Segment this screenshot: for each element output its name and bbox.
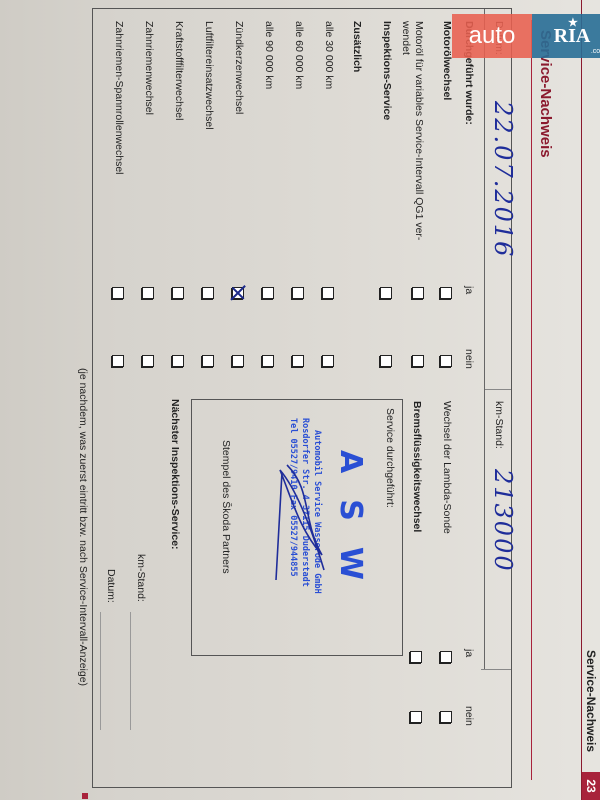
checklist-label: Zusätzlich (351, 21, 363, 72)
date-value[interactable]: 22.07.2016 (489, 101, 517, 258)
km-rule (484, 389, 485, 669)
checkbox-ja[interactable] (232, 287, 244, 299)
checkbox-ja[interactable] (262, 287, 274, 299)
checkbox-nein[interactable] (380, 355, 392, 367)
watermark-ria: ★ RIA .com (532, 14, 600, 58)
checklist-label-cont: wendet (400, 21, 412, 55)
checklist-label: Inspektions-Service (381, 21, 393, 120)
checkbox-ja[interactable] (292, 287, 304, 299)
checkbox-nein[interactable] (112, 355, 124, 367)
checkbox-ja[interactable] (142, 287, 154, 299)
checkbox-nein[interactable] (142, 355, 154, 367)
next-service-label: Nächster Inspektions-Service: (169, 399, 181, 550)
stamp-caption: Stempel des Škoda Partners (220, 440, 232, 574)
page-number: 23 (582, 772, 600, 800)
checklist-label: Kraftstofffilterwechsel (173, 21, 185, 120)
service-form: Datum: 22.07.2016 km-Stand: 213000 Durch… (92, 8, 512, 788)
checklist-label: Wechsel der Lambda-Sonde (441, 401, 453, 534)
km-value[interactable]: 213000 (489, 469, 517, 573)
checkbox-nein[interactable] (292, 355, 304, 367)
running-title: Service-Nachweis (584, 650, 598, 752)
checklist-label: Luftfiltereinsatzwechsel (203, 21, 215, 130)
checkbox-nein[interactable] (202, 355, 214, 367)
checkbox-nein[interactable] (322, 355, 334, 367)
col-yes-label-right: ja (463, 649, 475, 657)
checklist-label: alle 30 000 km (323, 21, 335, 89)
checkbox-ja[interactable] (440, 287, 452, 299)
right-divider (481, 669, 511, 670)
watermark-suffix: .com (591, 48, 600, 55)
header-divider (485, 389, 511, 390)
col-yes-label: ja (463, 286, 475, 294)
checklist-label: Zahnriemenwechsel (143, 21, 155, 115)
service-record-page: Service-Nachweis 23 Service-Nachweis Dat… (0, 0, 600, 800)
next-date-field[interactable] (100, 612, 101, 730)
checklist-label: Zahnriemen-Spannrollenwechsel (113, 21, 125, 175)
checklist-label: alle 90 000 km (263, 21, 275, 89)
checklist-label: Motoröl für variables Service-Intervall … (413, 21, 425, 240)
checkbox-nein[interactable] (172, 355, 184, 367)
stamp-box: Service durchgeführt: ASW Automobil Serv… (191, 399, 403, 656)
next-date-label: Datum: (105, 569, 117, 603)
checkbox-nein[interactable] (410, 711, 422, 723)
checklist-label: Bremsflüssigkeitswechsel (411, 401, 423, 532)
end-marker (82, 793, 88, 799)
checkbox-ja[interactable] (410, 651, 422, 663)
col-no-label-right: nein (463, 706, 475, 726)
checkbox-ja[interactable] (380, 287, 392, 299)
checkbox-ja[interactable] (112, 287, 124, 299)
checkbox-nein[interactable] (232, 355, 244, 367)
footnote: (je nachdem, was zuerst eintritt bzw. na… (77, 368, 89, 686)
checklist-label: alle 60 000 km (293, 21, 305, 89)
watermark-auto: auto (452, 14, 532, 58)
date-rule (484, 9, 485, 389)
checkbox-nein[interactable] (412, 355, 424, 367)
checkbox-ja[interactable] (412, 287, 424, 299)
checkbox-nein[interactable] (262, 355, 274, 367)
checklist-label: Zündkerzenwechsel (233, 21, 245, 114)
title-rule (531, 20, 532, 780)
checkbox-ja[interactable] (322, 287, 334, 299)
checkbox-ja[interactable] (440, 651, 452, 663)
service-done-label: Service durchgeführt: (384, 408, 396, 508)
checkbox-ja[interactable] (172, 287, 184, 299)
next-km-label: km-Stand: (135, 554, 147, 602)
checkbox-nein[interactable] (440, 355, 452, 367)
signature (262, 460, 342, 600)
checkbox-nein[interactable] (440, 711, 452, 723)
star-icon: ★ (568, 16, 578, 29)
checkbox-ja[interactable] (202, 287, 214, 299)
col-no-label: nein (463, 349, 475, 369)
km-label: km-Stand: (493, 401, 505, 449)
header-rule (581, 0, 582, 800)
next-km-field[interactable] (130, 612, 131, 730)
